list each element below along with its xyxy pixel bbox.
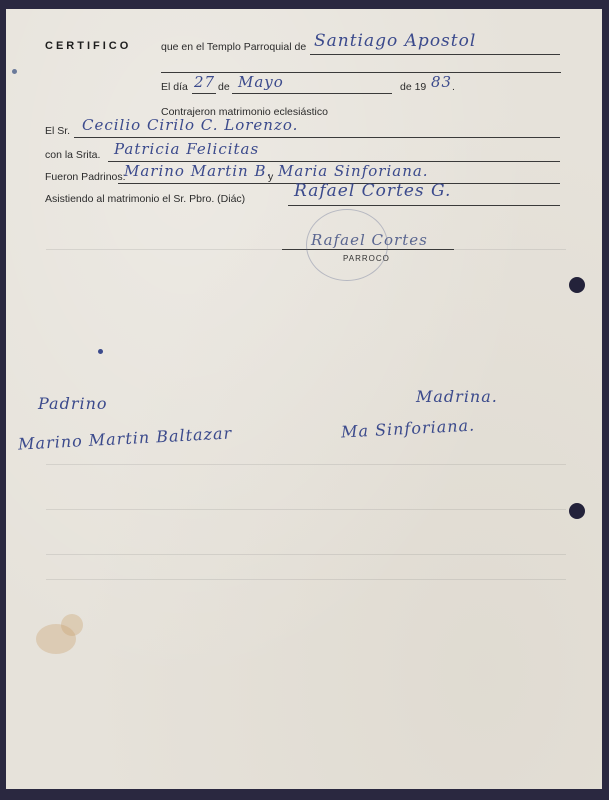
show-through-line	[46, 554, 566, 555]
padrino-value: Marino Martin B.	[124, 162, 272, 180]
asistiendo-label: Asistiendo al matrimonio el Sr. Pbro. (D…	[45, 193, 245, 205]
stamp-mark	[306, 209, 388, 281]
templo-value: Santiago Apostol	[314, 31, 476, 51]
show-through-line	[46, 509, 566, 510]
templo-label: que en el Templo Parroquial de	[161, 41, 306, 53]
templo-underline-2	[161, 72, 561, 73]
note-padrino-full: Marino Martin Baltazar	[18, 423, 233, 453]
show-through-line	[46, 464, 566, 465]
dia-value: 27	[194, 73, 215, 91]
note-madrina-full: Ma Sinforiana.	[341, 416, 476, 442]
srita-value: Patricia Felicitas	[114, 140, 259, 158]
stain-mark	[61, 614, 83, 636]
dia-label: El día	[161, 81, 188, 93]
padrinos-label: Fueron Padrinos:	[45, 171, 126, 183]
certificate-paper: CERTIFICO que en el Templo Parroquial de…	[6, 9, 602, 789]
punch-hole	[569, 503, 585, 519]
templo-underline	[310, 54, 560, 55]
sr-value: Cecilio Cirilo C. Lorenzo.	[82, 116, 298, 134]
show-through-line	[46, 579, 566, 580]
note-madrina-heading: Madrina.	[416, 387, 498, 406]
ink-dot	[12, 69, 17, 74]
srita-label: con la Srita.	[45, 149, 100, 161]
de-label: de	[218, 81, 230, 93]
anio-value: 83	[431, 73, 452, 91]
asistiendo-underline	[288, 205, 560, 206]
punch-hole	[569, 277, 585, 293]
ink-dot	[98, 349, 103, 354]
madrina-value: Maria Sinforiana.	[278, 162, 429, 180]
certifico-heading: CERTIFICO	[45, 40, 131, 52]
note-padrino-heading: Padrino	[38, 394, 108, 413]
y-label: y	[268, 171, 273, 183]
sr-label: El Sr.	[45, 125, 70, 137]
anio-label: de 19	[400, 81, 426, 93]
asistiendo-value: Rafael Cortes G.	[294, 181, 451, 201]
mes-value: Mayo	[238, 73, 284, 91]
anio-suffix: .	[452, 81, 455, 93]
mes-underline	[232, 93, 392, 94]
sr-underline	[74, 137, 560, 138]
dia-underline	[192, 93, 216, 94]
